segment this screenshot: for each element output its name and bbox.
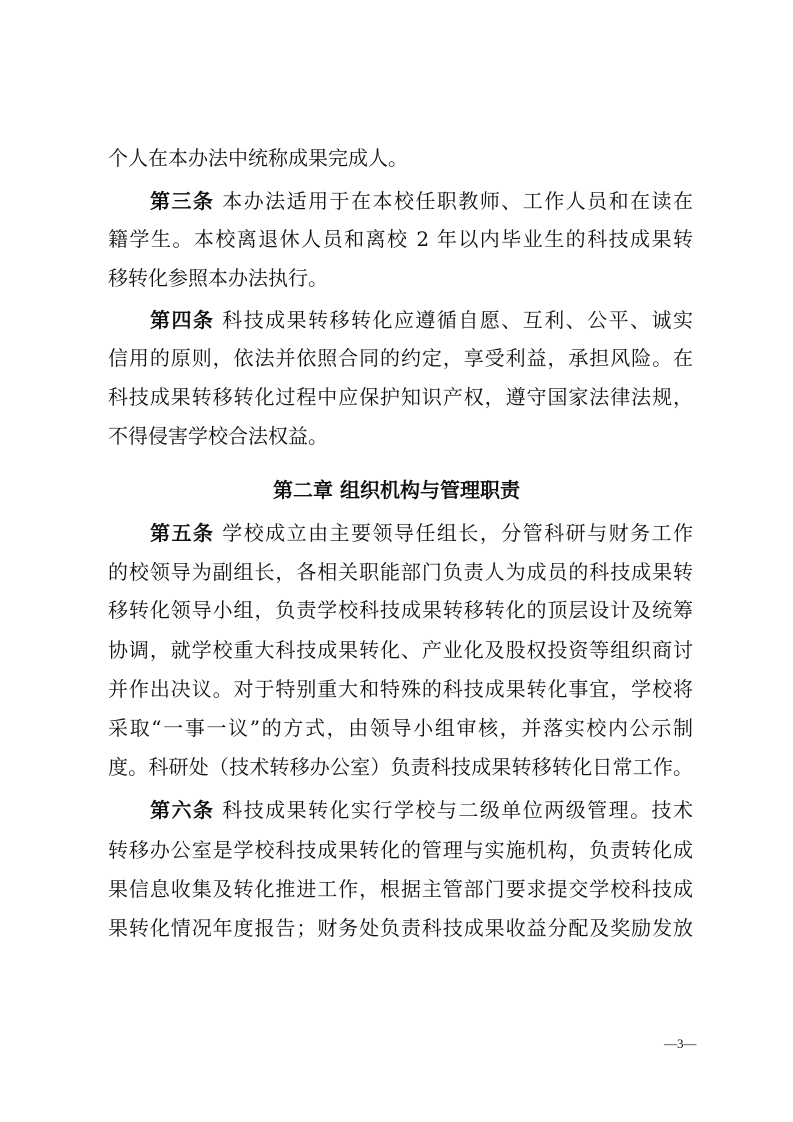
body-text-line: 籍学生。本校离退休人员和离校 2 年以内毕业生的科技成果转 (108, 224, 693, 254)
body-text-line: 移转化参照本办法执行。 (108, 263, 693, 293)
article-first-line: 第六条 科技成果转化实行学校与二级单位两级管理。技术 (150, 795, 693, 825)
chapter-heading: 第二章 组织机构与管理职责 (0, 475, 793, 505)
line-text: 信用的原则，依法并依照合同的约定，享受利益，承担风险。在 (108, 346, 693, 370)
line-text: 转移办公室是学校科技成果转化的管理与实施机构，负责转化成 (108, 838, 693, 862)
line-text: 移转化参照本办法执行。 (108, 266, 328, 290)
body-text-line: 果信息收集及转化推进工作，根据主管部门要求提交学校科技成 (108, 874, 693, 904)
line-text: 协调，就学校重大科技成果转化、产业化及股权投资等组织商讨 (108, 638, 693, 662)
body-text-line: 转移办公室是学校科技成果转化的管理与实施机构，负责转化成 (108, 835, 693, 865)
line-text: 移转化领导小组，负责学校科技成果转移转化的顶层设计及统筹 (108, 598, 693, 622)
body-text-line: 移转化领导小组，负责学校科技成果转移转化的顶层设计及统筹 (108, 595, 693, 625)
line-text: 科技成果转移转化应遵循自愿、互利、公平、诚实 (214, 308, 693, 332)
article-first-line: 第三条 本办法适用于在本校任职教师、工作人员和在读在 (150, 186, 693, 216)
line-text: 果信息收集及转化推进工作，根据主管部门要求提交学校科技成 (108, 877, 693, 901)
page-number: —3— (664, 1036, 697, 1052)
document-page: 个人在本办法中统称成果完成人。第三条 本办法适用于在本校任职教师、工作人员和在读… (0, 0, 793, 1122)
line-text: 本办法适用于在本校任职教师、工作人员和在读在 (214, 189, 693, 213)
line-text: 科技成果转移转化过程中应保护知识产权，遵守国家法律法规， (108, 385, 693, 409)
body-text-line: 个人在本办法中统称成果完成人。 (108, 143, 693, 173)
line-text: 籍学生。本校离退休人员和离校 2 年以内毕业生的科技成果转 (108, 227, 693, 251)
article-label: 第三条 (150, 189, 214, 213)
body-text-line: 并作出决议。对于特别重大和特殊的科技成果转化事宜，学校将 (108, 674, 693, 704)
line-text: 学校成立由主要领导任组长，分管科研与财务工作 (214, 521, 693, 545)
body-text-line: 协调，就学校重大科技成果转化、产业化及股权投资等组织商讨 (108, 635, 693, 665)
body-text-line: 科技成果转移转化过程中应保护知识产权，遵守国家法律法规， (108, 382, 693, 412)
line-text: 的校领导为副组长，各相关职能部门负责人为成员的科技成果转 (108, 560, 693, 584)
line-text: 科技成果转化实行学校与二级单位两级管理。技术 (214, 798, 693, 822)
line-text: 个人在本办法中统称成果完成人。 (108, 146, 408, 170)
body-text-line: 不得侵害学校合法权益。 (108, 421, 693, 451)
body-text-line: 果转化情况年度报告；财务处负责科技成果收益分配及奖励发放 (108, 913, 693, 943)
body-text-line: 信用的原则，依法并依照合同的约定，享受利益，承担风险。在 (108, 343, 693, 373)
article-first-line: 第四条 科技成果转移转化应遵循自愿、互利、公平、诚实 (150, 305, 693, 335)
body-text-line: 度。科研处（技术转移办公室）负责科技成果转移转化日常工作。 (108, 752, 693, 782)
line-text: 采取“一事一议”的方式，由领导小组审核，并落实校内公示制 (108, 716, 693, 740)
line-text: 不得侵害学校合法权益。 (108, 424, 328, 448)
body-text-line: 的校领导为副组长，各相关职能部门负责人为成员的科技成果转 (108, 557, 693, 587)
line-text: 度。科研处（技术转移办公室）负责科技成果转移转化日常工作。 (108, 755, 693, 779)
article-label: 第六条 (150, 798, 214, 822)
line-text: 果转化情况年度报告；财务处负责科技成果收益分配及奖励发放 (108, 916, 693, 940)
article-label: 第四条 (150, 308, 214, 332)
article-label: 第五条 (150, 521, 214, 545)
body-text-line: 采取“一事一议”的方式，由领导小组审核，并落实校内公示制 (108, 713, 693, 743)
article-first-line: 第五条 学校成立由主要领导任组长，分管科研与财务工作 (150, 518, 693, 548)
line-text: 并作出决议。对于特别重大和特殊的科技成果转化事宜，学校将 (108, 677, 693, 701)
